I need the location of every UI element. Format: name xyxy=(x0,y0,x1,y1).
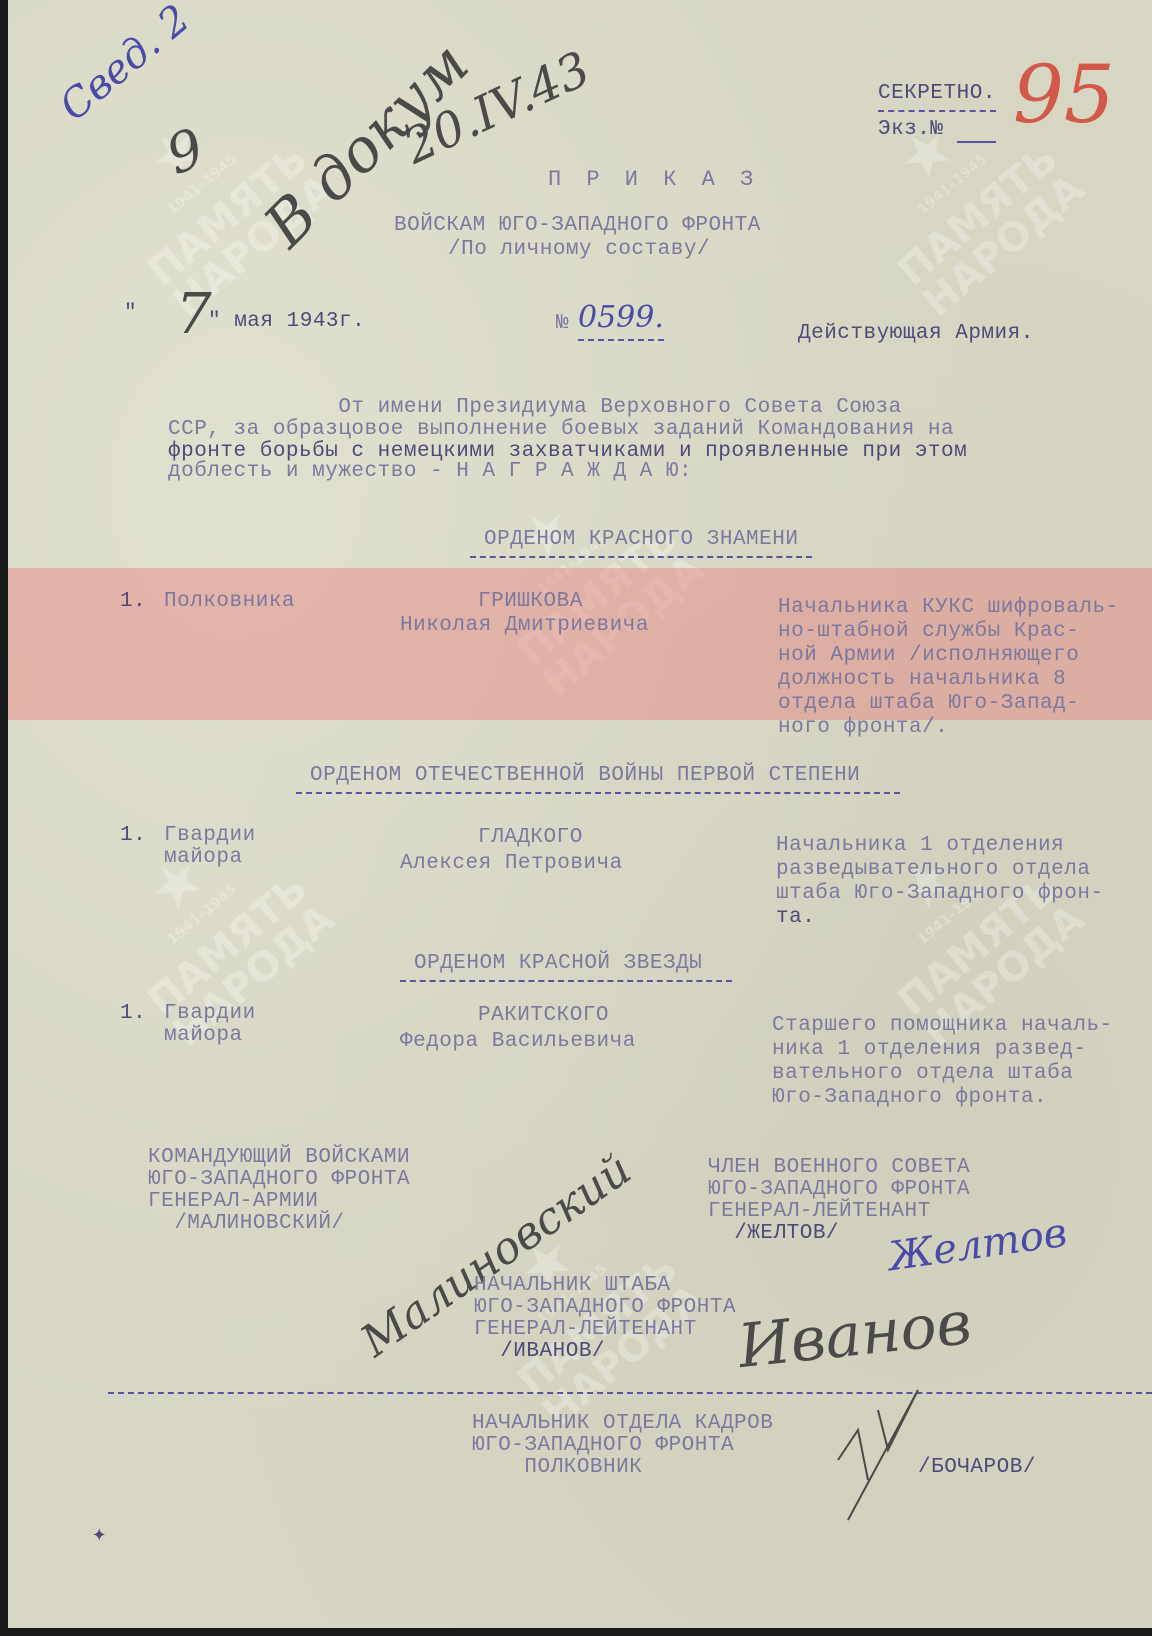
entry-position-line: разведывательного отдела xyxy=(776,858,1090,882)
document-subtitle-2: /По личному составу/ xyxy=(448,238,710,262)
entry-position-line: штаба Юго-Западного фрон- xyxy=(776,882,1104,906)
signature-title-line: ГЕНЕРАЛ-ЛЕЙТЕНАНТ xyxy=(474,1318,697,1342)
entry-number: 1. xyxy=(120,590,146,614)
entry-position-line: ной Армии /исполняющего xyxy=(778,644,1079,668)
entry-position-line: ника 1 отделения развед- xyxy=(772,1038,1086,1062)
signature-title-line: НАЧАЛЬНИК ШТАБА xyxy=(474,1274,671,1298)
section-heading-red-star: ОРДЕНОМ КРАСНОЙ ЗВЕЗДЫ xyxy=(400,952,732,982)
document-subtitle: ВОЙСКАМ ЮГО-ЗАПАДНОГО ФРОНТА xyxy=(394,214,761,238)
signature-scribble xyxy=(828,1370,948,1530)
copy-number-handwritten: 95 xyxy=(1013,48,1115,141)
entry-rank: майора xyxy=(164,1024,243,1048)
signature-title-line: ЮГО-ЗАПАДНОГО ФРОНТА xyxy=(474,1296,736,1320)
signature-handwritten: Иванов xyxy=(735,1288,975,1382)
entry-position-line: отдела штаба Юго-Запад- xyxy=(778,692,1079,716)
preamble-line: От имени Президиума Верховного Совета Со… xyxy=(168,396,902,420)
signature-title-line: НАЧАЛЬНИК ОТДЕЛА КАДРОВ xyxy=(472,1412,773,1436)
signature-title-line: ГЕНЕРАЛ-АРМИИ xyxy=(148,1190,318,1214)
entry-position-line: Старшего помощника началь- xyxy=(772,1014,1113,1038)
entry-name: Федора Васильевича xyxy=(400,1030,636,1054)
entry-surname: ГЛАДКОГО xyxy=(478,826,583,850)
entry-position-line: Начальника КУКС шифроваль- xyxy=(778,596,1119,620)
date-day-handwritten: 7 xyxy=(176,282,212,347)
entry-position-line: ного фронта/. xyxy=(778,716,948,740)
location: Действующая Армия. xyxy=(798,322,1034,346)
entry-position-line: Юго-Западного фронта. xyxy=(772,1086,1047,1110)
entry-surname: РАКИТСКОГО xyxy=(478,1004,609,1028)
date-prefix: " xyxy=(124,302,137,326)
entry-surname: ГРИШКОВА xyxy=(478,590,583,614)
handwritten-pencil-mark: 9 xyxy=(158,116,212,187)
signature-title-line: ЮГО-ЗАПАДНОГО ФРОНТА xyxy=(708,1178,970,1202)
signature-title-line: ЮГО-ЗАПАДНОГО ФРОНТА xyxy=(148,1168,410,1192)
signature-name: /МАЛИНОВСКИЙ/ xyxy=(148,1212,345,1236)
signature-title-line: КОМАНДУЮЩИЙ ВОЙСКАМИ xyxy=(148,1146,410,1170)
entry-position-line: но-штабной службы Крас- xyxy=(778,620,1079,644)
entry-position-line: вательного отдела штаба xyxy=(772,1062,1073,1086)
date-text: " мая 1943г. xyxy=(208,310,365,334)
section-heading-red-banner: ОРДЕНОМ КРАСНОГО ЗНАМЕНИ xyxy=(470,528,812,558)
signature-title-line: ГЕНЕРАЛ-ЛЕЙТЕНАНТ xyxy=(708,1200,931,1224)
punch-mark: ✦ xyxy=(92,1524,107,1548)
entry-rank: Гвардии xyxy=(164,824,256,848)
signature-title-line: ЮГО-ЗАПАДНОГО ФРОНТА xyxy=(472,1434,734,1458)
entry-number: 1. xyxy=(120,824,146,848)
preamble-line: ССР, за образцовое выполнение боевых зад… xyxy=(168,418,954,442)
entry-position-line: должность начальника 8 xyxy=(778,668,1066,692)
order-number-handwritten: 0599. xyxy=(578,300,664,341)
signature-name: /ИВАНОВ/ xyxy=(474,1340,605,1364)
preamble-line: доблесть и мужество - Н А Г Р А Ж Д А Ю: xyxy=(168,460,692,484)
order-number-prefix: № xyxy=(556,312,569,336)
handwritten-note-blue: Свед. 2 xyxy=(51,0,198,130)
document-page: ★1941–1945ПАМЯТЬ НАРОДА ★1941–1945ПАМЯТЬ… xyxy=(8,0,1152,1628)
entry-number: 1. xyxy=(120,1002,146,1026)
signature-title-line: ПОЛКОВНИК xyxy=(472,1456,642,1480)
entry-name: Николая Дмитриевича xyxy=(400,614,649,638)
section-heading-patriotic-war: ОРДЕНОМ ОТЕЧЕСТВЕННОЙ ВОЙНЫ ПЕРВОЙ СТЕПЕ… xyxy=(296,764,900,794)
entry-rank: Полковника xyxy=(164,590,295,614)
signature-name: /ЖЕЛТОВ/ xyxy=(708,1222,839,1246)
entry-rank: Гвардии xyxy=(164,1002,256,1026)
entry-position-line: Начальника 1 отделения xyxy=(776,834,1064,858)
classification-label: СЕКРЕТНО. xyxy=(878,82,996,112)
separator-line xyxy=(108,1392,1152,1394)
entry-position-line: та. xyxy=(776,906,815,930)
signature-title-line: ЧЛЕН ВОЕННОГО СОВЕТА xyxy=(708,1156,970,1180)
copy-label: Экз.№ xyxy=(878,118,996,142)
document-title: П Р И К А З xyxy=(548,168,759,192)
entry-name: Алексея Петровича xyxy=(400,852,623,876)
entry-rank: майора xyxy=(164,846,243,870)
